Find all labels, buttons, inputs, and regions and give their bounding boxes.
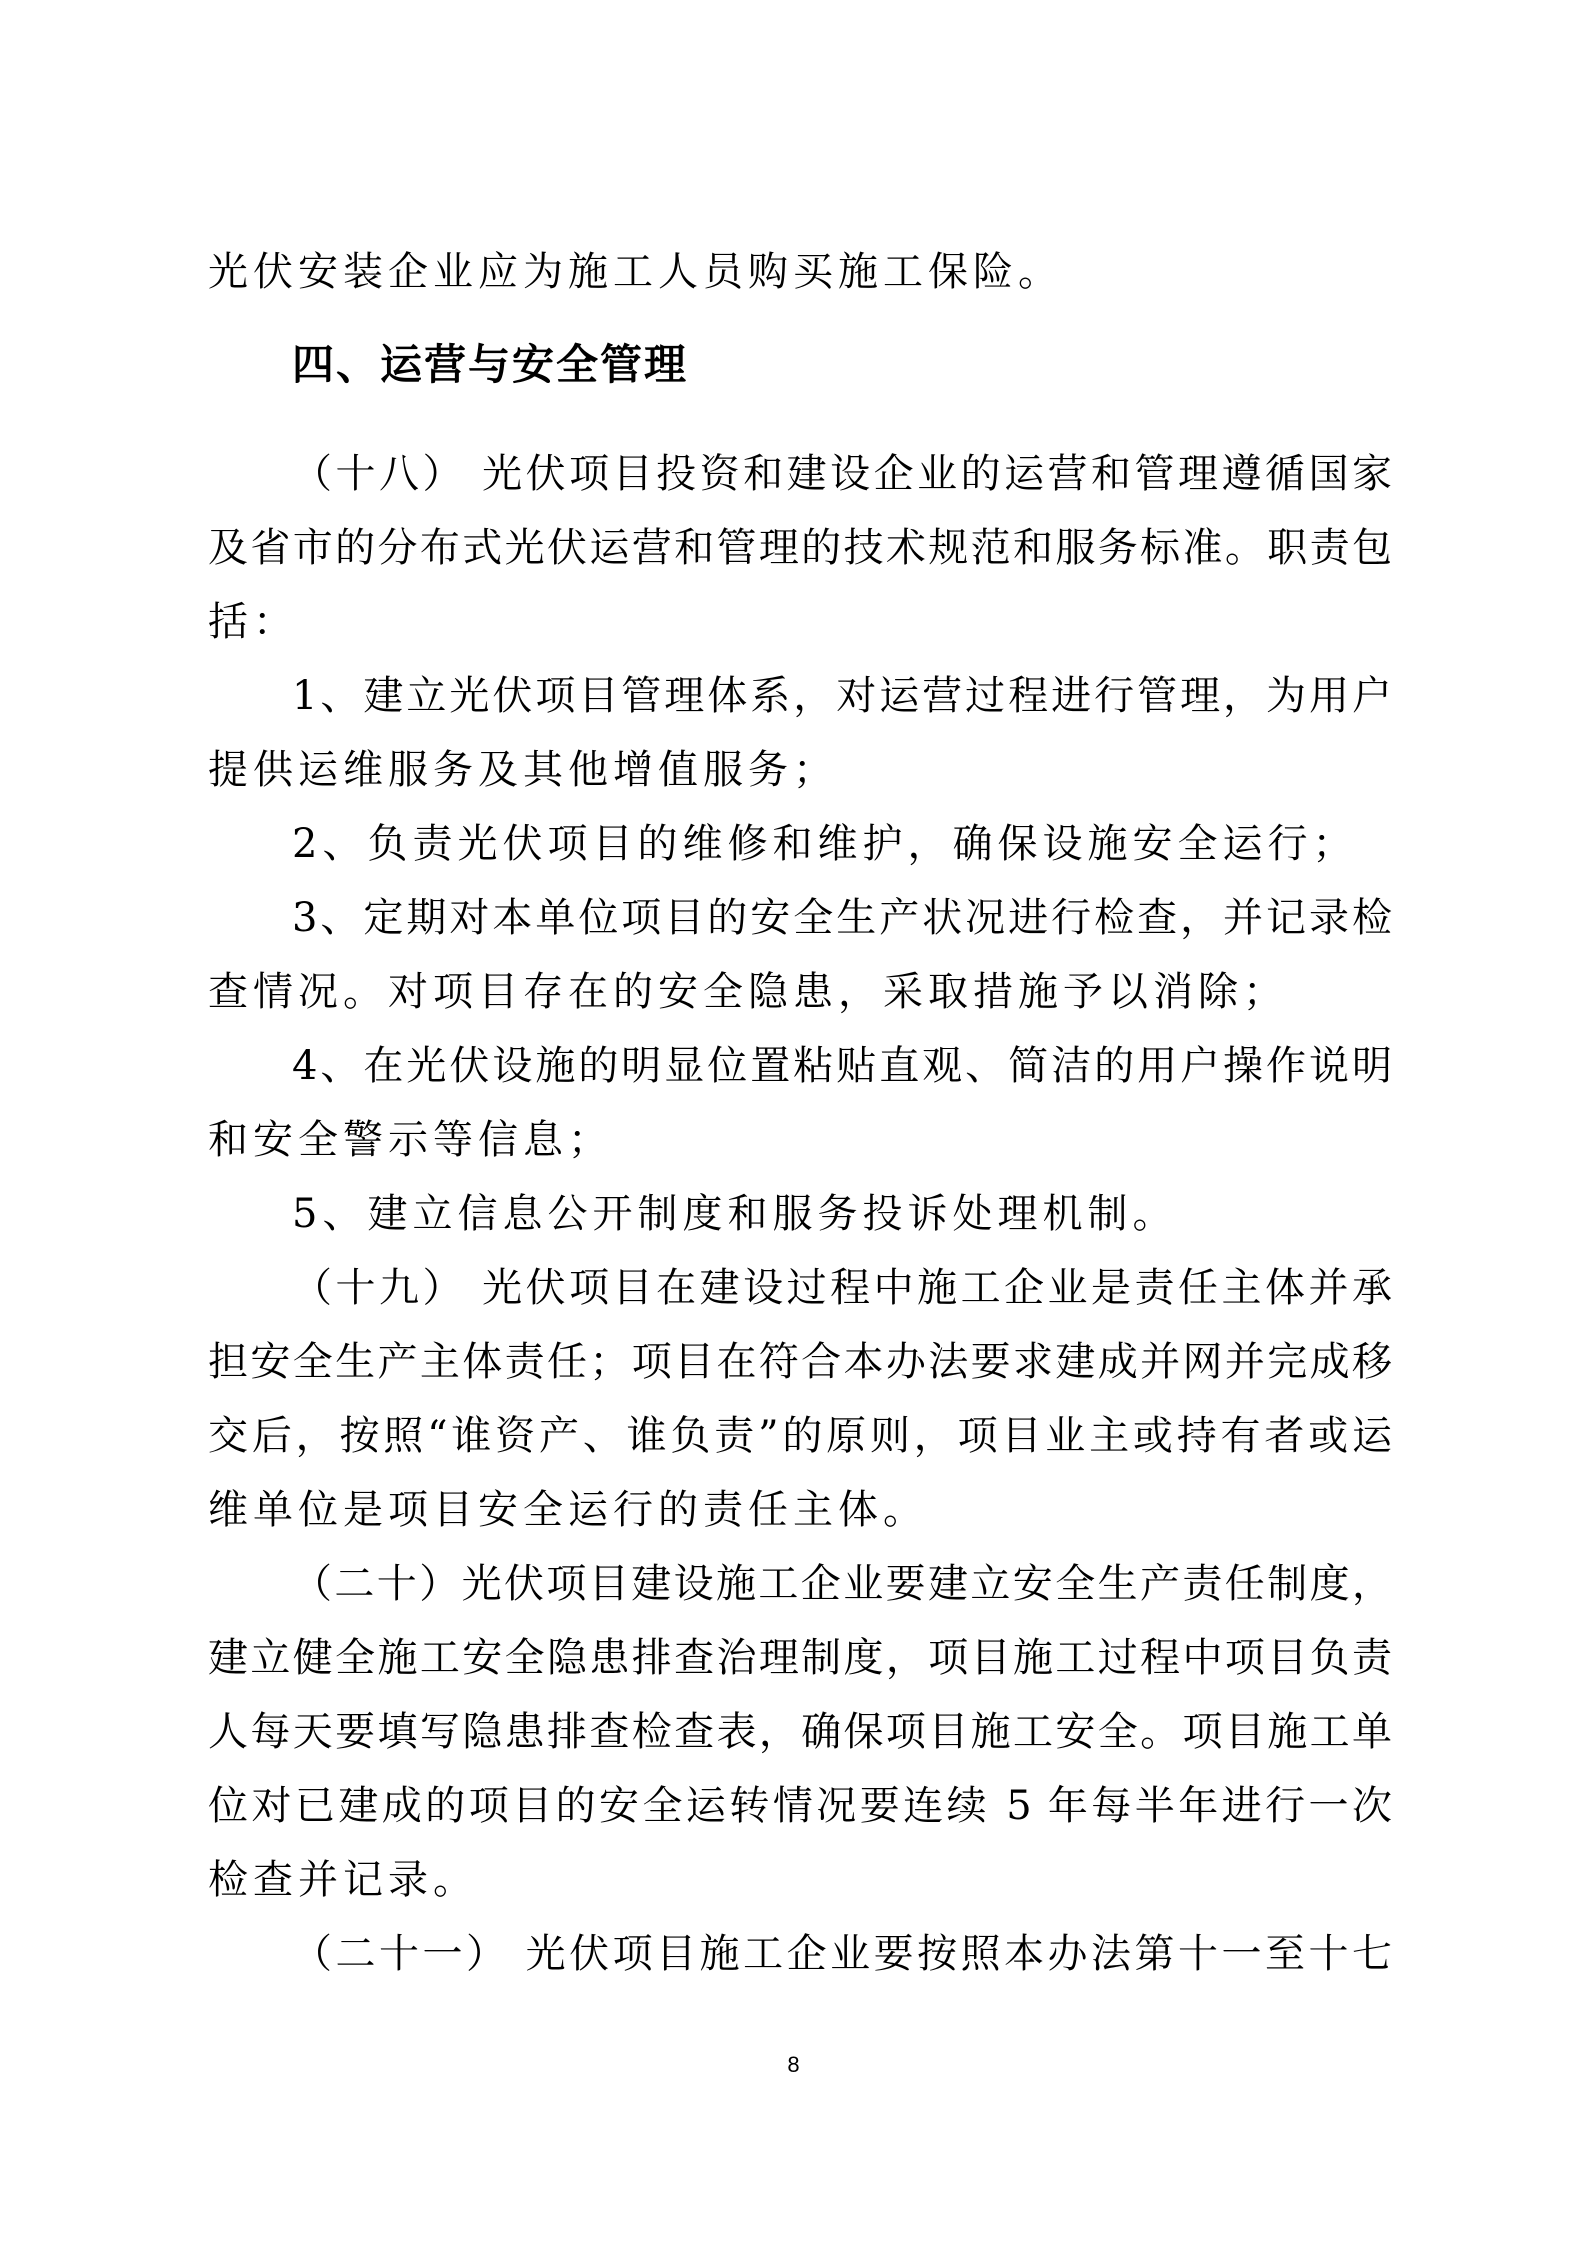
paragraph-18-line: 括：	[208, 598, 1392, 646]
list-item-4-line: 和安全警示等信息；	[208, 1116, 1392, 1164]
paragraph-20-line: 人每天要填写隐患排查检查表，确保项目施工安全。项目施工单	[208, 1708, 1392, 1756]
paragraph-19-line: 交后，按照“谁资产、谁负责”的原则，项目业主或持有者或运	[208, 1412, 1392, 1460]
paragraph-20-line: 检查并记录。	[208, 1856, 1392, 1904]
paragraph-line: 光伏安装企业应为施工人员购买施工保险。	[208, 248, 1392, 296]
list-item-1-line: 提供运维服务及其他增值服务；	[208, 746, 1392, 794]
list-item-2-line: 2、负责光伏项目的维修和维护，确保设施安全运行；	[292, 820, 1392, 868]
paragraph-20-line: （二十）光伏项目建设施工企业要建立安全生产责任制度，	[292, 1560, 1392, 1608]
list-item-4-line: 4、在光伏设施的明显位置粘贴直观、简洁的用户操作说明	[292, 1042, 1392, 1090]
document-page: 光伏安装企业应为施工人员购买施工保险。 四、运营与安全管理 （十八） 光伏项目投…	[0, 0, 1587, 2245]
section-heading: 四、运营与安全管理	[292, 340, 688, 390]
paragraph-19-line: 维单位是项目安全运行的责任主体。	[208, 1486, 1392, 1534]
paragraph-20-line: 位对已建成的项目的安全运转情况要连续 5 年每半年进行一次	[208, 1782, 1392, 1830]
paragraph-18-line: （十八） 光伏项目投资和建设企业的运营和管理遵循国家	[292, 450, 1392, 498]
paragraph-19-line: 担安全生产主体责任；项目在符合本办法要求建成并网并完成移	[208, 1338, 1392, 1386]
list-item-1-line: 1、建立光伏项目管理体系，对运营过程进行管理，为用户	[292, 672, 1392, 720]
paragraph-21-line: （二十一） 光伏项目施工企业要按照本办法第十一至十七	[292, 1930, 1392, 1978]
list-item-3-line: 查情况。对项目存在的安全隐患，采取措施予以消除；	[208, 968, 1392, 1016]
paragraph-18-line: 及省市的分布式光伏运营和管理的技术规范和服务标准。职责包	[208, 524, 1392, 572]
paragraph-19-line: （十九） 光伏项目在建设过程中施工企业是责任主体并承	[292, 1264, 1392, 1312]
list-item-3-line: 3、定期对本单位项目的安全生产状况进行检查，并记录检	[292, 894, 1392, 942]
list-item-5-line: 5、建立信息公开制度和服务投诉处理机制。	[292, 1190, 1392, 1238]
page-number: 8	[0, 2052, 1587, 2078]
paragraph-20-line: 建立健全施工安全隐患排查治理制度，项目施工过程中项目负责	[208, 1634, 1392, 1682]
